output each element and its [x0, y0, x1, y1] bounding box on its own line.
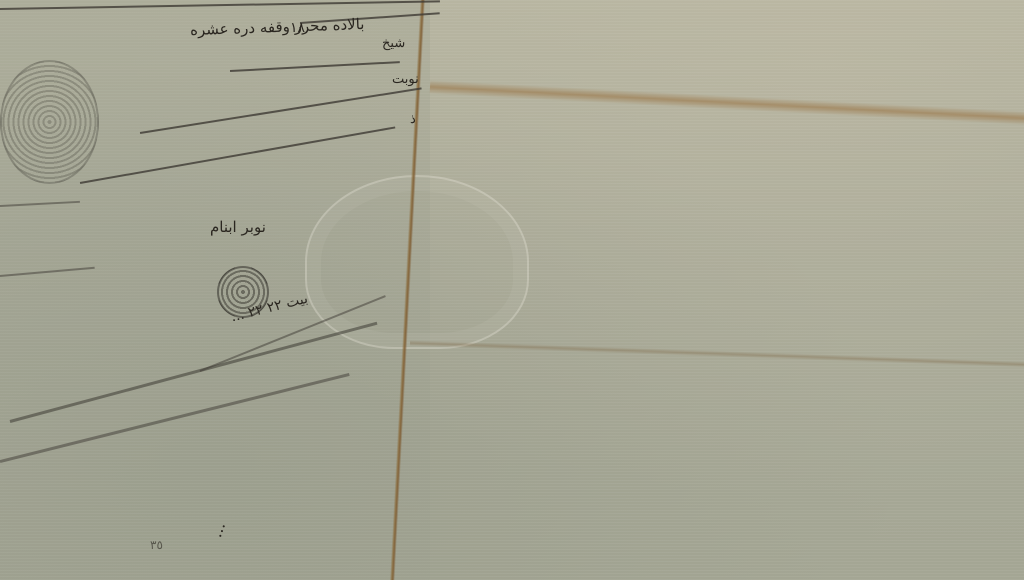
large-faded-seal	[0, 60, 99, 184]
small-numeral: ٣٥	[150, 538, 163, 552]
subtitle: نوبر ابنام	[210, 218, 266, 236]
margin-note: شيخ	[382, 36, 405, 51]
margin-note: ذ	[410, 112, 416, 127]
small-round-seal	[217, 266, 269, 318]
tughra-watermark	[305, 175, 529, 349]
margin-note: نوبت	[392, 72, 419, 87]
numeral: ١٨	[290, 20, 305, 36]
